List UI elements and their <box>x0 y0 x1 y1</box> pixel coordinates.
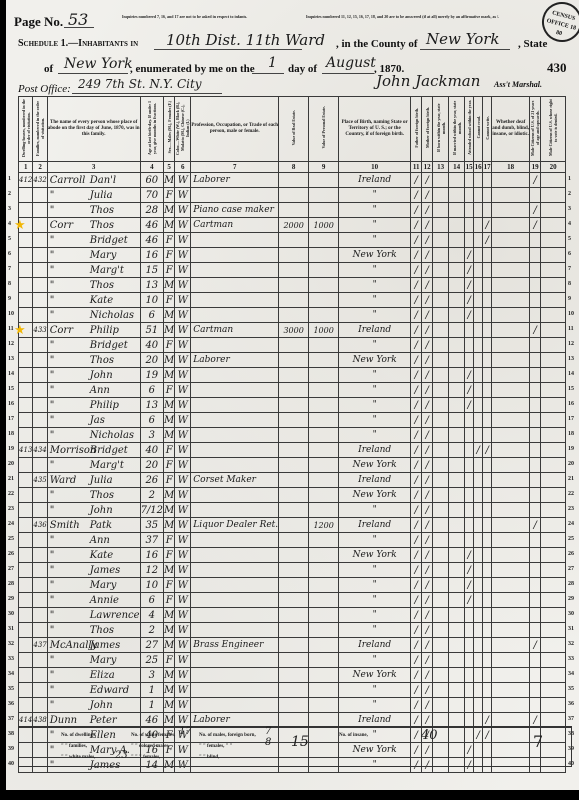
disability-value <box>492 593 530 608</box>
row-number-left: 13 <box>8 356 14 362</box>
row-number-left: 34 <box>8 671 14 677</box>
personal-estate-value <box>309 398 339 413</box>
col-header-3: The name of every person whose place of … <box>47 97 140 162</box>
attended-school-mark: / <box>465 368 474 383</box>
cannot-read-mark <box>474 428 483 443</box>
disability-value <box>492 623 530 638</box>
cannot-read-mark <box>474 548 483 563</box>
born-within-year <box>433 383 449 398</box>
attended-school-mark <box>465 683 474 698</box>
color-value: W <box>175 638 191 653</box>
occupation-value <box>191 293 279 308</box>
white-females-label: No. of white females, <box>131 733 175 738</box>
birthplace-value: Ireland <box>339 443 411 458</box>
surname: Smith <box>48 520 90 531</box>
disability-value <box>492 383 530 398</box>
white-females-value: 17 <box>179 726 192 737</box>
person-name: "Julia <box>47 188 140 203</box>
sex-value: M <box>164 638 175 653</box>
given-name: Nicholas <box>90 310 134 321</box>
married-within-year <box>449 368 465 383</box>
col-num: 5 <box>164 162 175 173</box>
state-label: , State <box>518 38 547 50</box>
row-number-left: 19 <box>8 446 14 452</box>
person-name: "James <box>47 563 140 578</box>
vote-denied-mark <box>541 488 566 503</box>
dwellings-label: No. of dwellings, <box>61 733 96 738</box>
occupation-value <box>191 578 279 593</box>
disability-value <box>492 278 530 293</box>
person-name: "Philip <box>47 398 140 413</box>
married-within-year <box>449 338 465 353</box>
family-number <box>33 593 47 608</box>
mother-foreign-mark: / <box>422 503 433 518</box>
dwelling-number <box>19 383 33 398</box>
cannot-write-mark: / <box>483 233 492 248</box>
birthplace-value: New York <box>339 248 411 263</box>
disability-value <box>492 608 530 623</box>
day-of-label: day of <box>288 63 317 75</box>
col-header-18: Whether deaf and dumb, blind, insane, or… <box>492 97 530 162</box>
father-foreign-mark: / <box>411 368 422 383</box>
table-row: "Thos2MW"// <box>19 623 566 638</box>
disability-value <box>492 233 530 248</box>
person-name: "John <box>47 698 140 713</box>
personal-estate-value <box>309 428 339 443</box>
table-row: "John1MW"// <box>19 698 566 713</box>
male-citizen-mark <box>530 653 541 668</box>
male-citizen-mark <box>530 488 541 503</box>
sex-value: F <box>164 263 175 278</box>
given-name: Mary <box>90 580 117 591</box>
father-foreign-mark: / <box>411 608 422 623</box>
sex-value: M <box>164 698 175 713</box>
married-within-year <box>449 593 465 608</box>
given-name: Kate <box>90 295 113 306</box>
age-value: 25 <box>140 653 163 668</box>
personal-estate-value <box>309 563 339 578</box>
sex-value: M <box>164 368 175 383</box>
cannot-write-mark <box>483 308 492 323</box>
personal-estate-value <box>309 353 339 368</box>
given-name: John <box>90 700 113 711</box>
father-foreign-mark: / <box>411 623 422 638</box>
col-num: 17 <box>483 162 492 173</box>
row-number-left: 31 <box>8 626 14 632</box>
attended-school-mark: / <box>465 578 474 593</box>
color-value: W <box>175 398 191 413</box>
star-marker-icon: ★ <box>14 217 26 233</box>
personal-estate-value <box>309 173 339 188</box>
real-estate-value <box>279 668 309 683</box>
married-within-year <box>449 488 465 503</box>
surname: " <box>48 415 90 426</box>
occupation-value: Cartman <box>191 218 279 233</box>
table-row: "Nicholas6MW"/// <box>19 308 566 323</box>
cannot-read-mark <box>474 503 483 518</box>
foreign-males-value: 7 <box>265 726 271 737</box>
attended-school-mark <box>465 203 474 218</box>
vote-denied-mark <box>541 653 566 668</box>
occupation-value: Piano case maker <box>191 203 279 218</box>
mother-foreign-mark: / <box>422 353 433 368</box>
born-within-year <box>433 413 449 428</box>
male-citizen-mark <box>530 428 541 443</box>
mother-foreign-mark: / <box>422 698 433 713</box>
sex-value: M <box>164 173 175 188</box>
person-name: "Kate <box>47 293 140 308</box>
cannot-write-mark <box>483 383 492 398</box>
age-value: 70 <box>140 188 163 203</box>
dwelling-number <box>19 578 33 593</box>
birthplace-value: " <box>339 533 411 548</box>
father-foreign-mark: / <box>411 188 422 203</box>
birthplace-value: New York <box>339 458 411 473</box>
disability-value <box>492 653 530 668</box>
family-number <box>33 548 47 563</box>
real-estate-value <box>279 308 309 323</box>
cannot-read-mark <box>474 653 483 668</box>
row-number-right: 5 <box>568 236 571 242</box>
post-office-label: Post Office: <box>18 83 71 95</box>
color-value: W <box>175 593 191 608</box>
disability-value <box>492 698 530 713</box>
given-name: Peter <box>90 715 117 726</box>
occupation-value: Corset Maker <box>191 473 279 488</box>
surname: Dunn <box>48 715 90 726</box>
attended-school-mark <box>465 323 474 338</box>
disability-value <box>492 548 530 563</box>
table-row: "Eliza3MWNew York// <box>19 668 566 683</box>
disability-value <box>492 323 530 338</box>
row-number-right: 7 <box>568 266 571 272</box>
surname: " <box>48 685 90 696</box>
col-num: 10 <box>339 162 411 173</box>
col-num: 11 <box>411 162 422 173</box>
born-within-year <box>433 353 449 368</box>
row-number-right: 8 <box>568 281 571 287</box>
birthplace-value: " <box>339 233 411 248</box>
tally-real-estate: 15 <box>291 734 309 750</box>
row-number-left: 9 <box>8 296 11 302</box>
color-value: W <box>175 503 191 518</box>
male-citizen-mark: / <box>530 173 541 188</box>
vote-denied-mark <box>541 518 566 533</box>
attended-school-mark <box>465 653 474 668</box>
disability-value <box>492 188 530 203</box>
cannot-write-mark <box>483 593 492 608</box>
cannot-write-mark <box>483 548 492 563</box>
color-value: W <box>175 683 191 698</box>
dwelling-number <box>19 473 33 488</box>
family-number <box>33 458 47 473</box>
district-value: 10th Dist. 11th Ward <box>166 31 325 49</box>
father-foreign-mark: / <box>411 653 422 668</box>
color-value: W <box>175 533 191 548</box>
given-name: Philip <box>90 400 119 411</box>
attended-school-mark <box>465 518 474 533</box>
real-estate-value <box>279 563 309 578</box>
mother-foreign-mark: / <box>422 593 433 608</box>
sex-value: M <box>164 488 175 503</box>
real-estate-value <box>279 263 309 278</box>
table-row: 413434MorrisonBridget40FWIreland//// <box>19 443 566 458</box>
color-value: W <box>175 293 191 308</box>
cannot-write-mark <box>483 173 492 188</box>
row-number-left: 4 <box>8 221 11 227</box>
vote-denied-mark <box>541 533 566 548</box>
vote-denied-mark <box>541 698 566 713</box>
mother-foreign-mark: / <box>422 428 433 443</box>
color-value: W <box>175 653 191 668</box>
male-citizen-mark <box>530 413 541 428</box>
age-value: 2 <box>140 488 163 503</box>
sex-value: M <box>164 413 175 428</box>
sex-value: M <box>164 278 175 293</box>
foreign-females-label: " " females, " " <box>199 744 232 749</box>
dwelling-number <box>19 248 33 263</box>
disability-value <box>492 398 530 413</box>
real-estate-value <box>279 338 309 353</box>
sex-value: F <box>164 548 175 563</box>
real-estate-value: 2000 <box>279 218 309 233</box>
row-number-left: 14 <box>8 371 14 377</box>
born-within-year <box>433 338 449 353</box>
surname: " <box>48 490 90 501</box>
personal-estate-value <box>309 533 339 548</box>
father-foreign-mark: / <box>411 203 422 218</box>
family-number <box>33 668 47 683</box>
real-estate-value <box>279 533 309 548</box>
page-label: Page No. <box>14 14 63 30</box>
dwelling-number <box>19 308 33 323</box>
table-row: 435WardJulia26FWCorset MakerIreland// <box>19 473 566 488</box>
birthplace-value: " <box>339 293 411 308</box>
attended-school-mark <box>465 503 474 518</box>
father-foreign-mark: / <box>411 443 422 458</box>
father-foreign-mark: / <box>411 578 422 593</box>
dwelling-number <box>19 368 33 383</box>
row-number-right: 17 <box>568 416 574 422</box>
given-name: Bridget <box>90 445 128 456</box>
born-within-year <box>433 488 449 503</box>
given-name: Thos <box>90 490 114 501</box>
mother-foreign-mark: / <box>422 218 433 233</box>
real-estate-value <box>279 623 309 638</box>
given-name: Marg't <box>90 460 124 471</box>
attended-school-mark <box>465 638 474 653</box>
col-header-16: Cannot read. <box>474 97 483 162</box>
dwelling-number <box>19 683 33 698</box>
col-num: 19 <box>530 162 541 173</box>
col-header-13: If born within the year, state month. <box>433 97 449 162</box>
age-value: 20 <box>140 458 163 473</box>
real-estate-value <box>279 683 309 698</box>
table-row: 412432CarrollDan'l60MWLaborerIreland/// <box>19 173 566 188</box>
family-number <box>33 233 47 248</box>
dwelling-number <box>19 413 33 428</box>
male-citizen-mark: / <box>530 203 541 218</box>
mother-foreign-mark: / <box>422 668 433 683</box>
real-estate-value <box>279 488 309 503</box>
male-citizen-mark: / <box>530 218 541 233</box>
real-estate-value <box>279 383 309 398</box>
summary-footer: No. of dwellings, " " families, " " whit… <box>18 726 572 767</box>
table-row: "Thos2MWNew York// <box>19 488 566 503</box>
cannot-read-mark <box>474 203 483 218</box>
sex-value: M <box>164 503 175 518</box>
married-within-year <box>449 638 465 653</box>
disability-value <box>492 218 530 233</box>
personal-estate-value <box>309 473 339 488</box>
occupation-value <box>191 563 279 578</box>
age-value: 6 <box>140 383 163 398</box>
row-number-right: 15 <box>568 386 574 392</box>
family-number <box>33 578 47 593</box>
table-row: "John7/12MW"// <box>19 503 566 518</box>
family-number: 434 <box>33 443 47 458</box>
color-value: W <box>175 458 191 473</box>
dwelling-number <box>19 398 33 413</box>
dwelling-number: 413 <box>19 443 33 458</box>
cannot-write-mark <box>483 518 492 533</box>
family-number <box>33 353 47 368</box>
cannot-read-mark <box>474 323 483 338</box>
birthplace-value: Ireland <box>339 173 411 188</box>
marshal-signature: John Jackman <box>376 72 480 90</box>
cannot-read-mark <box>474 488 483 503</box>
row-number-right: 24 <box>568 521 574 527</box>
county-label: , in the County of <box>336 38 418 50</box>
father-foreign-mark: / <box>411 323 422 338</box>
personal-estate-value <box>309 698 339 713</box>
born-within-year <box>433 653 449 668</box>
mother-foreign-mark: / <box>422 533 433 548</box>
born-within-year <box>433 248 449 263</box>
row-number-left: 25 <box>8 536 14 542</box>
census-table: Dwelling-houses, numbered in the order o… <box>18 96 566 773</box>
row-number-left: 37 <box>8 716 14 722</box>
attended-school-mark <box>465 608 474 623</box>
star-marker-icon: ★ <box>14 322 26 338</box>
occupation-value <box>191 668 279 683</box>
married-within-year <box>449 578 465 593</box>
cannot-read-mark <box>474 383 483 398</box>
married-within-year <box>449 443 465 458</box>
row-number-right: 25 <box>568 536 574 542</box>
dwelling-number <box>19 593 33 608</box>
person-name: "Ann <box>47 533 140 548</box>
family-number <box>33 683 47 698</box>
blind-label: " " blind, <box>199 755 219 760</box>
birthplace-value: " <box>339 578 411 593</box>
row-number-right: 2 <box>568 191 571 197</box>
occupation-value <box>191 368 279 383</box>
age-value: 7/12 <box>140 503 163 518</box>
born-within-year <box>433 593 449 608</box>
married-within-year <box>449 518 465 533</box>
occupation-value <box>191 443 279 458</box>
birthplace-value: Ireland <box>339 518 411 533</box>
row-number-right: 27 <box>568 566 574 572</box>
cannot-write-mark: / <box>483 218 492 233</box>
mother-foreign-mark: / <box>422 443 433 458</box>
marshal-label: Ass't Marshal. <box>494 80 542 89</box>
attended-school-mark: / <box>465 383 474 398</box>
sex-value: F <box>164 473 175 488</box>
row-number-right: 33 <box>568 656 574 662</box>
color-value: W <box>175 488 191 503</box>
mother-foreign-mark: / <box>422 623 433 638</box>
family-number <box>33 413 47 428</box>
color-value: W <box>175 173 191 188</box>
vote-denied-mark <box>541 398 566 413</box>
disability-value <box>492 473 530 488</box>
table-row: "Edward1MW"// <box>19 683 566 698</box>
surname: " <box>48 340 90 351</box>
male-citizen-mark <box>530 608 541 623</box>
dwelling-number <box>19 203 33 218</box>
vote-denied-mark <box>541 383 566 398</box>
age-value: 10 <box>140 293 163 308</box>
born-within-year <box>433 173 449 188</box>
vote-denied-mark <box>541 233 566 248</box>
father-foreign-mark: / <box>411 563 422 578</box>
disability-value <box>492 518 530 533</box>
given-name: Julia <box>90 475 113 486</box>
cannot-write-mark <box>483 293 492 308</box>
row-number-left: 21 <box>8 476 14 482</box>
surname: " <box>48 250 90 261</box>
personal-estate-value <box>309 683 339 698</box>
vote-denied-mark <box>541 623 566 638</box>
dwelling-number <box>19 698 33 713</box>
birthplace-value: " <box>339 608 411 623</box>
birthplace-value: " <box>339 203 411 218</box>
attended-school-mark: / <box>465 548 474 563</box>
born-within-year <box>433 698 449 713</box>
cannot-write-mark <box>483 698 492 713</box>
family-number <box>33 533 47 548</box>
family-number <box>33 263 47 278</box>
person-name: "Thos <box>47 488 140 503</box>
row-number-left: 20 <box>8 461 14 467</box>
table-row: "John19MW"/// <box>19 368 566 383</box>
surname: " <box>48 655 90 666</box>
family-number <box>33 698 47 713</box>
color-value: W <box>175 248 191 263</box>
born-within-year <box>433 278 449 293</box>
vote-denied-mark <box>541 683 566 698</box>
married-within-year <box>449 653 465 668</box>
sex-value: F <box>164 533 175 548</box>
table-row: 437McAnallyJames27MWBrass EngineerIrelan… <box>19 638 566 653</box>
given-name: Lawrence <box>90 610 140 621</box>
row-number-right: 31 <box>568 626 574 632</box>
vote-denied-mark <box>541 578 566 593</box>
surname: Corr <box>48 325 90 336</box>
father-foreign-mark: / <box>411 503 422 518</box>
real-estate-value <box>279 368 309 383</box>
cannot-write-mark <box>483 263 492 278</box>
occupation-value <box>191 488 279 503</box>
dwelling-number <box>19 488 33 503</box>
born-within-year <box>433 218 449 233</box>
birthplace-value: Ireland <box>339 473 411 488</box>
attended-school-mark <box>465 668 474 683</box>
occupation-value <box>191 608 279 623</box>
row-number-left: 35 <box>8 686 14 692</box>
